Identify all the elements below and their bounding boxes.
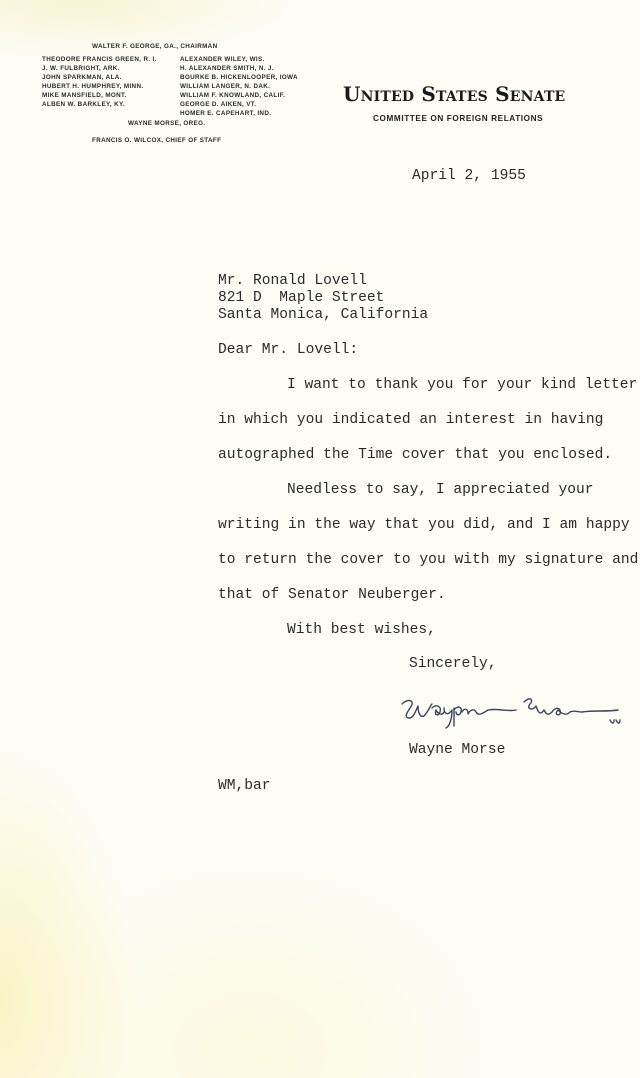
body-line: autographed the Time cover that you encl… [218, 447, 612, 463]
body-line: writing in the way that you did, and I a… [218, 517, 630, 533]
last-member-line: WAYNE MORSE, OREG. [128, 120, 205, 127]
salutation: Dear Mr. Lovell: [218, 342, 358, 358]
body-line: to return the cover to you with my signa… [218, 552, 638, 568]
letter-date: April 2, 1955 [412, 168, 526, 184]
member-name: J. W. FULBRIGHT, ARK. [42, 64, 157, 73]
recipient-name: Mr. Ronald Lovell [218, 273, 367, 289]
reference-initials: WM,bar [218, 778, 271, 794]
member-name: H. ALEXANDER SMITH, N. J. [180, 64, 298, 73]
member-name: HUBERT H. HUMPHREY, MINN. [42, 82, 157, 91]
body-line: With best wishes, [287, 622, 436, 638]
member-name: ALBEN W. BARKLEY, KY. [42, 100, 157, 109]
chairman-line: WALTER F. GEORGE, GA., CHAIRMAN [92, 43, 217, 50]
body-line: in which you indicated an interest in ha… [218, 412, 603, 428]
member-name: JOHN SPARKMAN, ALA. [42, 73, 157, 82]
member-name: WILLIAM LANGER, N. DAK. [180, 82, 298, 91]
body-line: Needless to say, I appreciated your [287, 482, 594, 498]
member-name: WILLIAM F. KNOWLAND, CALIF. [180, 91, 298, 100]
member-name: MIKE MANSFIELD, MONT. [42, 91, 157, 100]
chief-of-staff-line: FRANCIS O. WILCOX, CHIEF OF STAFF [92, 137, 221, 144]
body-line: I want to thank you for your kind letter [287, 377, 637, 393]
letterhead-title: United States Senate [343, 82, 565, 106]
member-name: HOMER E. CAPEHART, IND. [180, 109, 298, 118]
signature-typed-name: Wayne Morse [409, 742, 505, 758]
signature-handwritten [398, 690, 628, 740]
member-name: GEORGE D. AIKEN, VT. [180, 100, 298, 109]
recipient-street: 821 D Maple Street [218, 290, 384, 306]
recipient-city: Santa Monica, California [218, 307, 428, 323]
members-left-column: THEODORE FRANCIS GREEN, R. I. J. W. FULB… [42, 55, 157, 109]
member-name: BOURKE B. HICKENLOOPER, IOWA [180, 73, 298, 82]
member-name: ALEXANDER WILEY, WIS. [180, 55, 298, 64]
member-name: THEODORE FRANCIS GREEN, R. I. [42, 55, 157, 64]
committee-name: COMMITTEE ON FOREIGN RELATIONS [373, 114, 543, 123]
body-line: that of Senator Neuberger. [218, 587, 446, 603]
members-right-column: ALEXANDER WILEY, WIS. H. ALEXANDER SMITH… [180, 55, 298, 118]
closing: Sincerely, [409, 656, 497, 672]
